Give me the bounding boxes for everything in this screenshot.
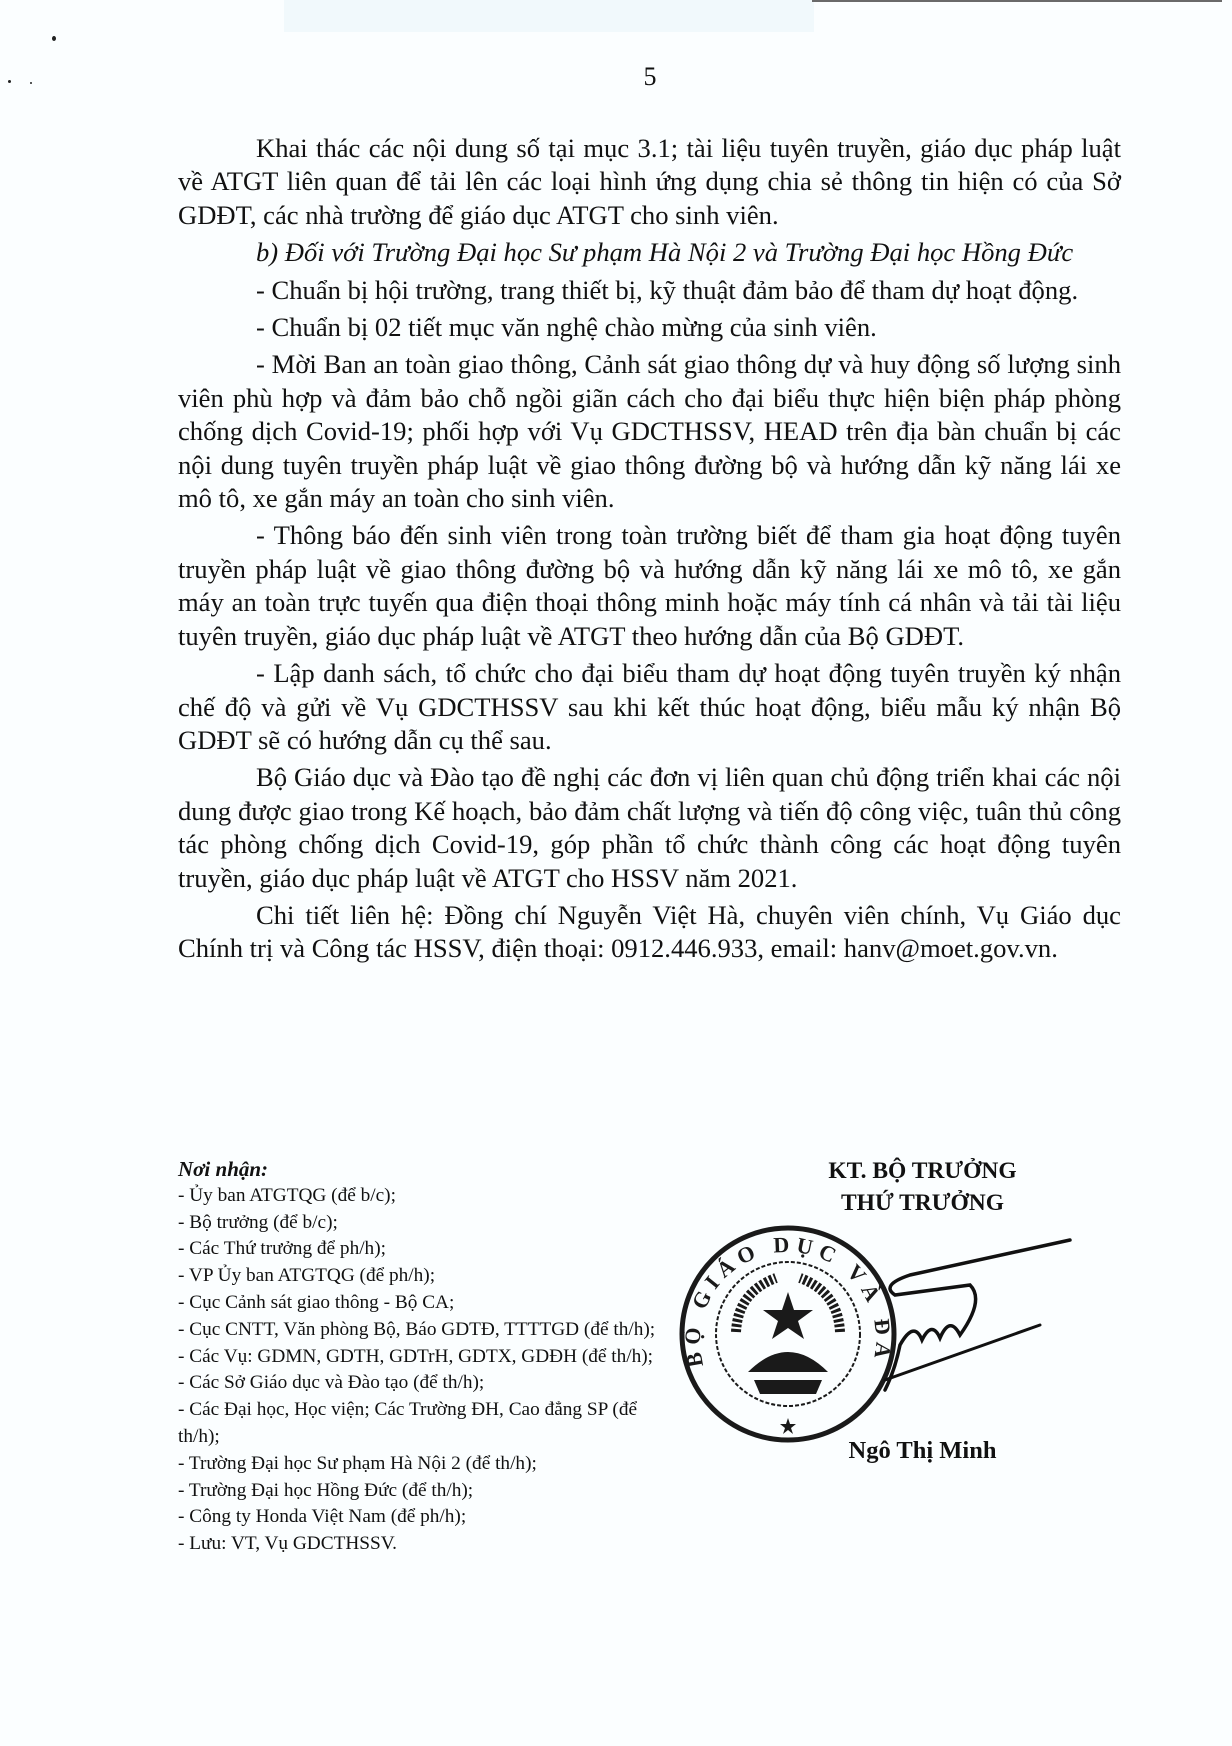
recipient-item: - Các Sở Giáo dục và Đào tạo (để th/h); — [178, 1370, 678, 1397]
body-paragraph: - Thông báo đến sinh viên trong toàn trư… — [178, 519, 1121, 653]
recipient-item: - Trường Đại học Sư phạm Hà Nội 2 (để th… — [178, 1451, 678, 1478]
signer-name: Ngô Thị Minh — [760, 1437, 1085, 1465]
recipient-item: - VP Ủy ban ATGTQG (để ph/h); — [178, 1263, 678, 1290]
signature-title-block: KT. BỘ TRƯỞNG THỨ TRƯỞNG — [760, 1155, 1085, 1219]
recipient-item: - Các Thứ trưởng để ph/h); — [178, 1236, 678, 1263]
recipient-item: - Lưu: VT, Vụ GDCTHSSV. — [178, 1531, 678, 1558]
recipient-item: - Cục CNTT, Văn phòng Bộ, Báo GDTĐ, TTTT… — [178, 1317, 678, 1344]
page-number: 5 — [0, 62, 1232, 92]
recipients-block: Nơi nhận: - Ủy ban ATGTQG (để b/c);- Bộ … — [178, 1156, 678, 1558]
body-paragraph: Bộ Giáo dục và Đào tạo đề nghị các đơn v… — [178, 761, 1121, 895]
signature-title-line2: THỨ TRƯỞNG — [760, 1187, 1085, 1219]
signature-title-line1: KT. BỘ TRƯỞNG — [760, 1155, 1085, 1187]
recipient-item: - Ủy ban ATGTQG (để b/c); — [178, 1183, 678, 1210]
recipient-item: - Các Đại học, Học viện; Các Trường ĐH, … — [178, 1397, 678, 1451]
recipient-item: - Công ty Honda Việt Nam (để ph/h); — [178, 1504, 678, 1531]
body-paragraph: b) Đối với Trường Đại học Sư phạm Hà Nội… — [178, 236, 1121, 269]
handwritten-signature-icon — [800, 1220, 1080, 1420]
scan-top-strip — [284, 0, 814, 32]
recipient-item: - Các Vụ: GDMN, GDTH, GDTrH, GDTX, GDĐH … — [178, 1344, 678, 1371]
body-paragraph: - Chuẩn bị hội trường, trang thiết bị, k… — [178, 274, 1121, 307]
scan-edge-line — [812, 0, 1222, 2]
scan-speck — [52, 36, 56, 41]
body-paragraph: Khai thác các nội dung số tại mục 3.1; t… — [178, 132, 1121, 232]
recipients-list: - Ủy ban ATGTQG (để b/c);- Bộ trưởng (để… — [178, 1183, 678, 1558]
recipient-item: - Bộ trưởng (để b/c); — [178, 1210, 678, 1237]
recipient-item: - Trường Đại học Hồng Đức (để th/h); — [178, 1478, 678, 1505]
body-paragraph: Chi tiết liên hệ: Đồng chí Nguyễn Việt H… — [178, 899, 1121, 966]
recipients-title: Nơi nhận: — [178, 1156, 678, 1183]
body-paragraph: - Chuẩn bị 02 tiết mục văn nghệ chào mừn… — [178, 311, 1121, 344]
recipient-item: - Cục Cảnh sát giao thông - Bộ CA; — [178, 1290, 678, 1317]
document-body: Khai thác các nội dung số tại mục 3.1; t… — [178, 132, 1121, 970]
body-paragraph: - Mời Ban an toàn giao thông, Cảnh sát g… — [178, 348, 1121, 515]
body-paragraph: - Lập danh sách, tổ chức cho đại biểu th… — [178, 657, 1121, 757]
